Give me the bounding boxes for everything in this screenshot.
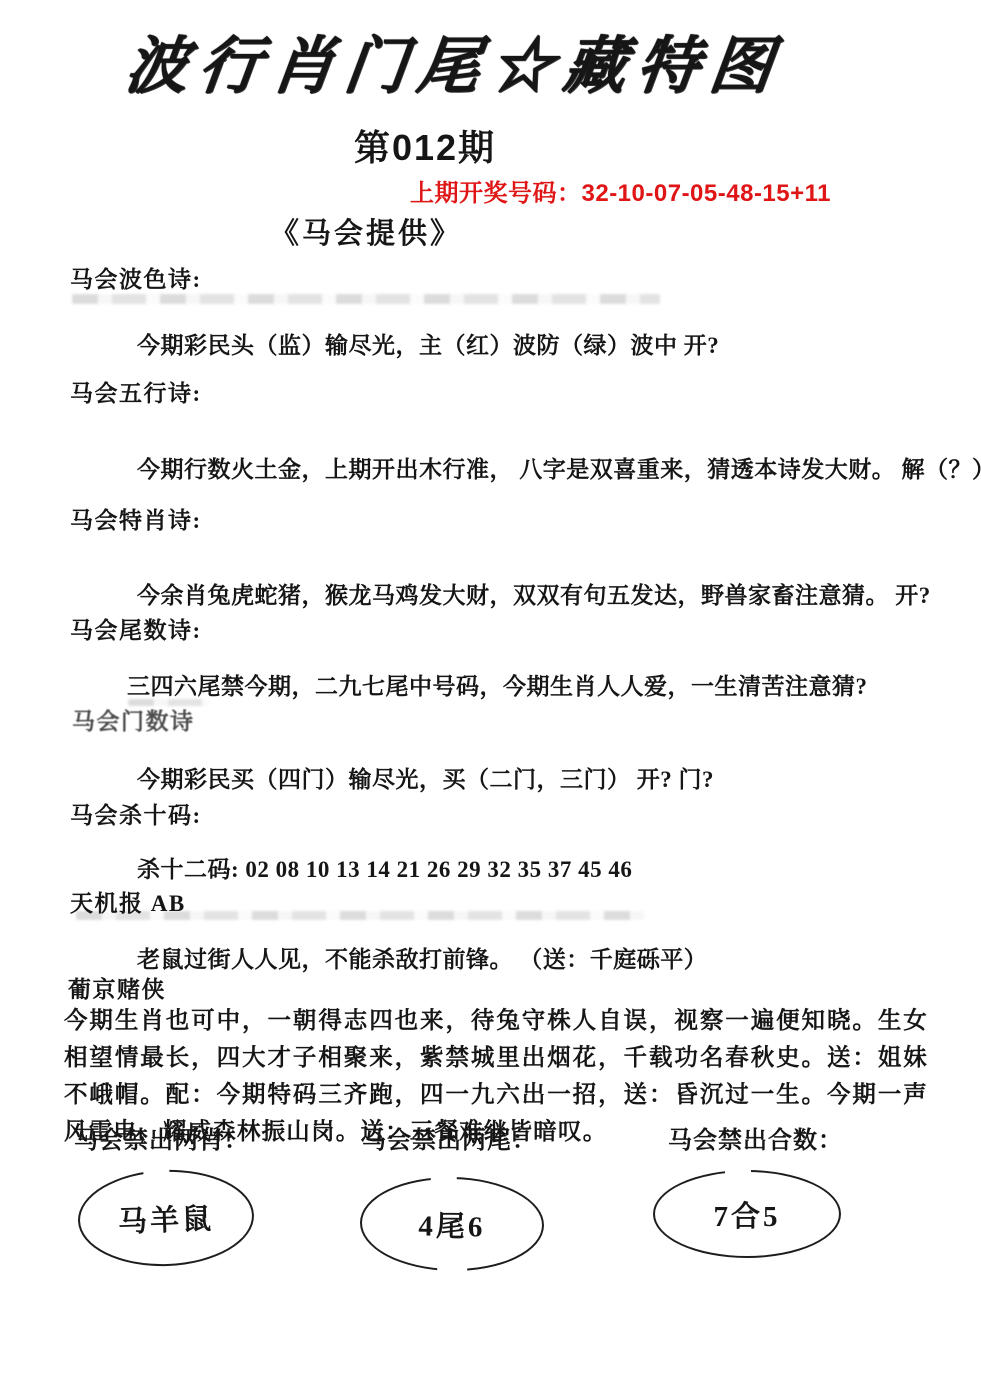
last-draw-numbers: 上期开奖号码：32-10-07-05-48-15+11 xyxy=(410,173,831,208)
page-title: 波行肖门尾☆藏特图 xyxy=(50,16,861,105)
forbidden-tail-value: 4尾6 xyxy=(418,1203,486,1245)
forbidden-sum-oval: 7合5 xyxy=(653,1170,841,1258)
section-label-wuxing: 马会五行诗: xyxy=(70,375,202,408)
forbidden-tail-label: 马会禁出两尾： xyxy=(362,1120,537,1155)
poem-tianjibao: 老鼠过街人人见，不能杀敌打前锋。 （送：千庭砾平） xyxy=(137,941,707,974)
poem-weishu: 三四六尾禁今期，二九七尾中号码，今期生肖人人爱，一生清苦注意猜? xyxy=(127,668,868,701)
section-label-shashima: 马会杀十码: xyxy=(70,797,202,830)
poem-bose: 今期彩民头（监）输尽光，主（红）波防（绿）波中 开? xyxy=(137,327,719,360)
poem-wuxing: 今期行数火土金，上期开出木行准， 八字是双喜重来，猜透本诗发大财。 解（？） xyxy=(137,451,981,484)
tip-sheet-page: 波行肖门尾☆藏特图 第012期 上期开奖号码：32-10-07-05-48-15… xyxy=(0,0,981,1388)
poem-menshu: 今期彩民买（四门）输尽光，买（二门，三门） 开? 门? xyxy=(137,761,714,794)
issue-number: 第012期 xyxy=(0,120,850,171)
section-label-pujing: 葡京赌侠 xyxy=(68,971,166,1004)
forbidden-sum-label: 马会禁出合数： xyxy=(668,1120,843,1155)
section-label-texiao: 马会特肖诗: xyxy=(70,502,202,535)
section-label-weishu: 马会尾数诗: xyxy=(70,612,202,645)
faint-print-smudge xyxy=(76,911,644,920)
faint-print-smudge xyxy=(72,294,660,304)
kill-codes-line: 杀十二码: 02 08 10 13 14 21 26 29 32 35 37 4… xyxy=(137,851,632,884)
forbidden-tail-oval: 4尾6 xyxy=(359,1175,545,1272)
provider-heading: 《马会提供》 xyxy=(270,211,462,252)
poem-texiao: 今余肖兔虎蛇猪，猴龙马鸡发大财，双双有句五发达，野兽家畜注意猜。 开? xyxy=(137,577,931,610)
section-label-bose: 马会波色诗: xyxy=(70,261,202,294)
forbidden-zodiac-oval: 马羊鼠 xyxy=(76,1167,255,1269)
section-label-menshu: 马会门数诗 xyxy=(72,703,195,736)
forbidden-sum-value: 7合5 xyxy=(713,1194,780,1235)
forbidden-zodiac-label: 马会禁出两肖： xyxy=(74,1120,249,1155)
forbidden-zodiac-value: 马羊鼠 xyxy=(117,1196,214,1240)
